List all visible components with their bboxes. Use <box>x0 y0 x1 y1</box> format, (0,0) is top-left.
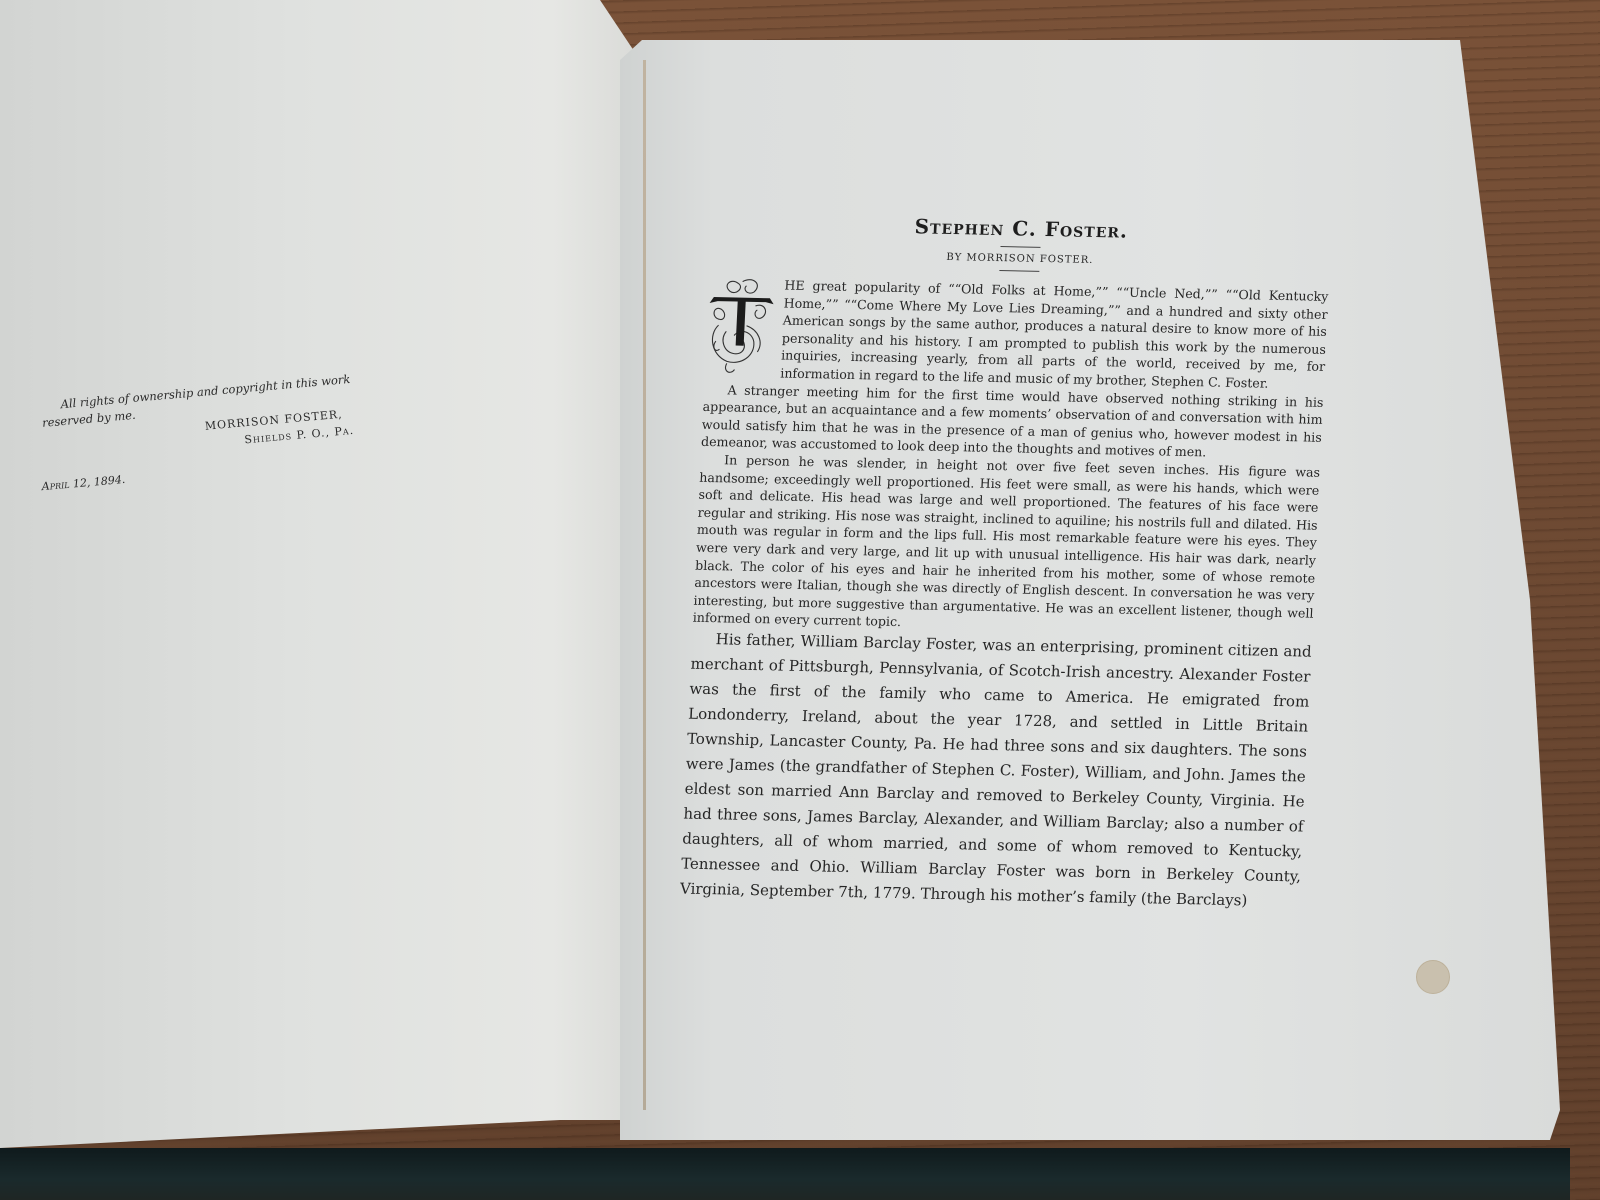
paragraph-1: HE great popularity of ““Old Folks at Ho… <box>704 275 1329 393</box>
left-page <box>0 0 650 1155</box>
book-cover-edge <box>0 1148 1570 1200</box>
paper-stain <box>1416 960 1450 994</box>
byline: By Morrison Foster. <box>710 247 1330 271</box>
paragraph-3: In person he was slender, in height not … <box>692 451 1320 640</box>
title-divider <box>1000 246 1040 248</box>
ornate-initial-t-icon <box>704 275 777 378</box>
book-gutter <box>643 60 646 1110</box>
article: Stephen C. Foster. By Morrison Foster. <box>679 210 1331 914</box>
paragraph-4: His father, William Barclay Foster, was … <box>679 627 1312 915</box>
paragraph-2: A stranger meeting him for the first tim… <box>701 380 1324 463</box>
byline-divider <box>999 270 1039 272</box>
article-body: HE great popularity of ““Old Folks at Ho… <box>679 275 1328 914</box>
